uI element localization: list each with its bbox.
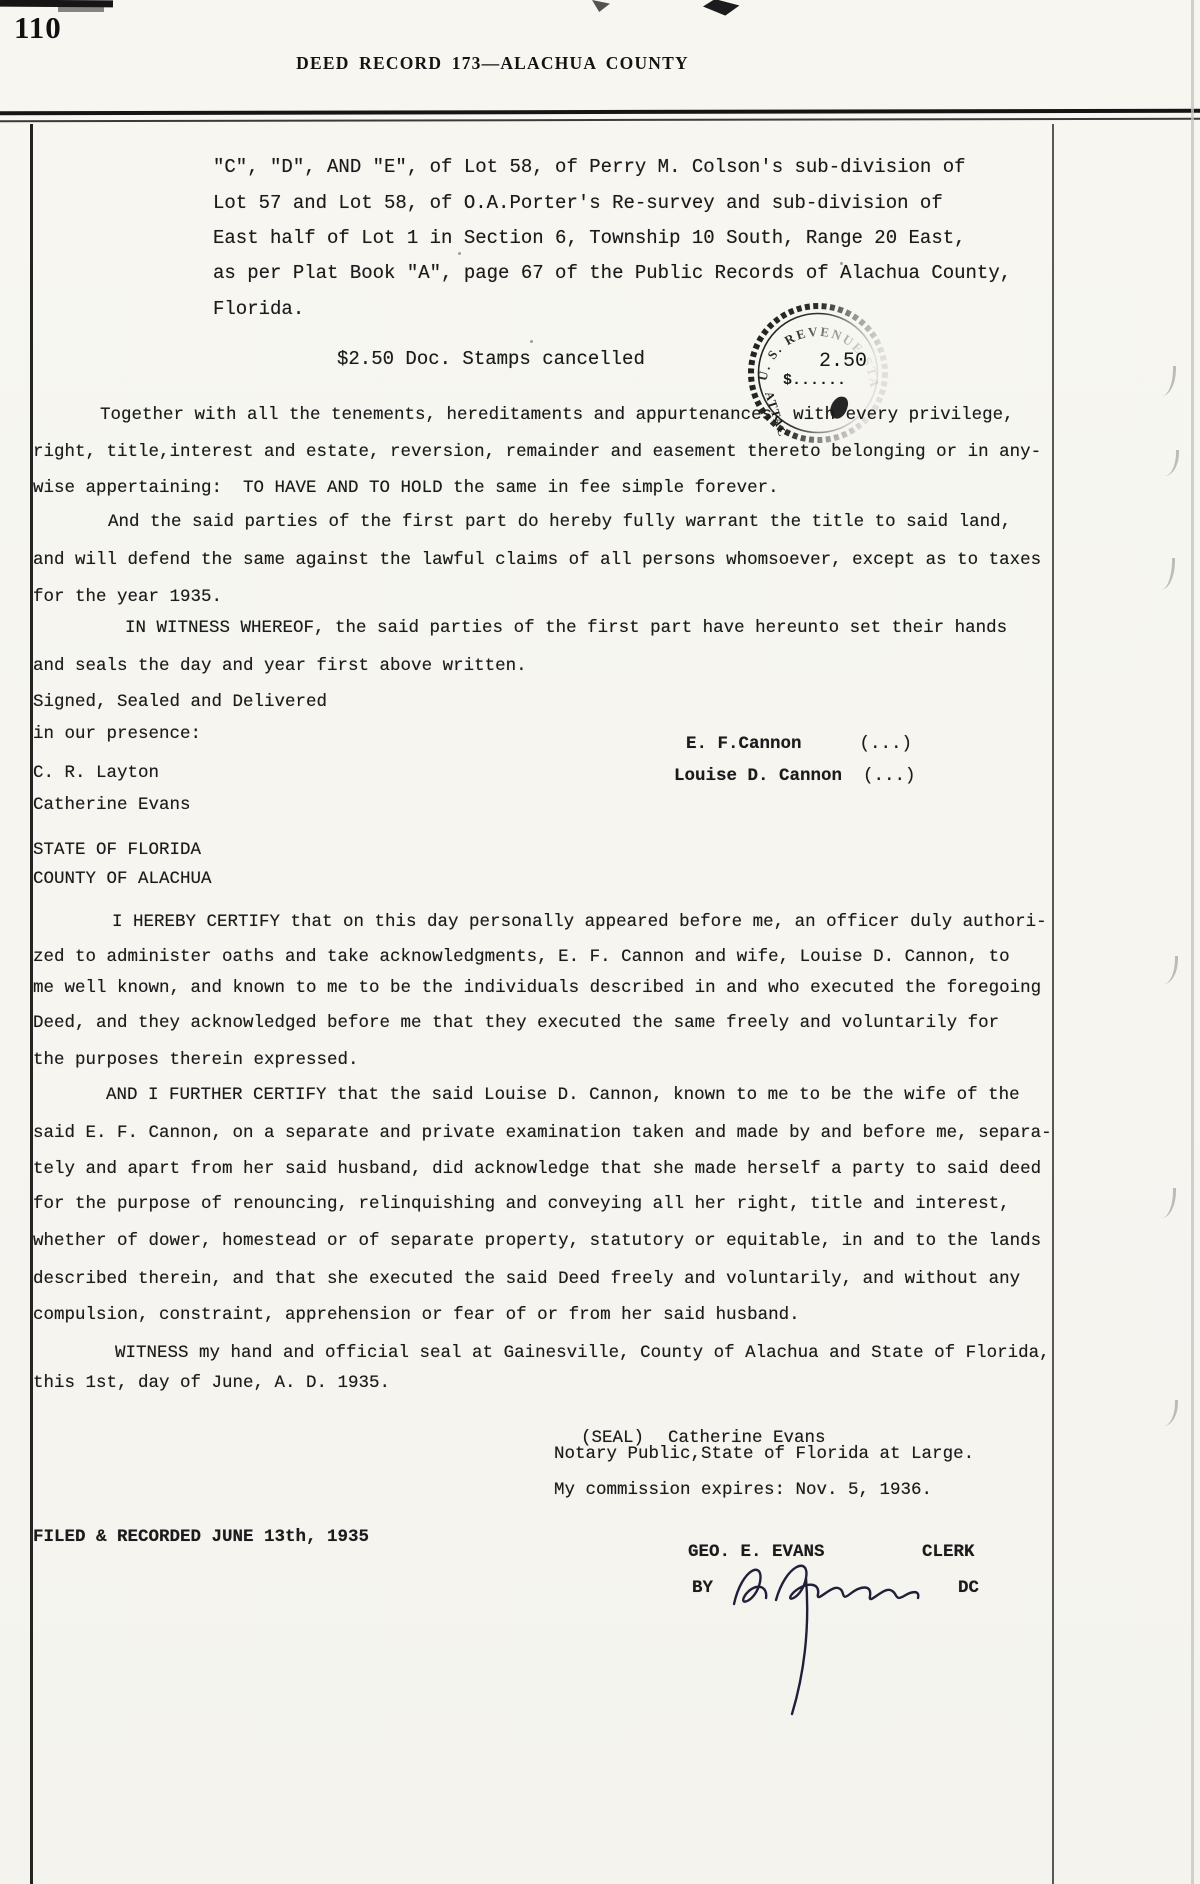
deed-description-line: Florida. [213,298,304,320]
doc-stamps-line: $2.50 Doc. Stamps cancelled [337,348,645,370]
scan-mark [702,0,740,17]
certify-line: zed to administer oaths and take acknowl… [33,946,1010,968]
witness-name: Catherine Evans [33,794,191,816]
witness-name: C. R. Layton [33,762,159,784]
presence-line: in our presence: [33,723,201,745]
by-label: BY [692,1577,713,1599]
page-edge-artifact [1163,450,1179,476]
scan-mark [592,0,610,12]
deed-description-line: East half of Lot 1 in Section 6, Townshi… [213,227,966,249]
further-certify-line: said E. F. Cannon, on a separate and pri… [33,1122,1052,1144]
certify-line: I HEREBY CERTIFY that on this day person… [112,911,1047,933]
further-certify-line: whether of dower, homestead or of separa… [33,1230,1041,1252]
witness-clause-line: IN WITNESS WHEREOF, the said parties of … [125,617,1007,639]
page-edge-artifact [1160,1188,1176,1218]
stamp-amount: 2.50 [819,350,867,373]
signature-stroke [734,1566,918,1714]
header-rule-thin [0,118,1200,123]
notary-title: Notary Public,State of Florida at Large. [554,1443,974,1465]
grantor-name: Louise D. Cannon [674,766,842,786]
warranty-line: And the said parties of the first part d… [108,511,1011,533]
further-certify-line: described therein, and that she executed… [33,1268,1020,1290]
certify-line: me well known, and known to me to be the… [33,977,1041,999]
habendum-line: Together with all the tenements, heredit… [100,404,1014,426]
ink-speck [458,252,461,255]
witness-seal-line: this 1st, day of June, A. D. 1935. [33,1372,390,1394]
page-edge-artifact [1159,558,1175,590]
deed-record-page: 110 DEED RECORD 173—ALACHUA COUNTY "C", … [0,0,1200,1884]
page-edge-artifact [1160,366,1176,396]
corner-smudge [58,7,104,12]
state-caption: STATE OF FLORIDA [33,839,201,861]
deputy-clerk-signature [712,1542,982,1722]
filed-recorded-line: FILED & RECORDED JUNE 13th, 1935 [33,1526,369,1548]
deed-description-line: Lot 57 and Lot 58, of O.A.Porter's Re-su… [213,192,943,214]
further-certify-line: compulsion, constraint, apprehension or … [33,1304,800,1326]
further-certify-line: AND I FURTHER CERTIFY that the said Loui… [106,1084,1020,1106]
certify-line: the purposes therein expressed. [33,1049,359,1071]
grantor-signature: Louise D. Cannon(...) [632,743,916,809]
witness-seal-line: WITNESS my hand and official seal at Gai… [115,1342,1050,1364]
further-certify-line: tely and apart from her said husband, di… [33,1158,1041,1180]
ink-speck [530,340,533,343]
deed-description-line: as per Plat Book "A", page 67 of the Pub… [213,262,1011,284]
habendum-line: wise appertaining: TO HAVE AND TO HOLD t… [33,477,779,499]
page-number: 110 [14,10,62,46]
deed-description-line: "C", "D", AND "E", of Lot 58, of Perry M… [213,156,966,178]
revenue-stamp-seal: U. S. REVENUE STA. ATTAC 2.50 $...... [735,295,905,465]
stamp-dollar-line: $...... [783,372,846,389]
warranty-line: for the year 1935. [33,586,222,608]
notary-commission: My commission expires: Nov. 5, 1936. [554,1479,932,1501]
page-edge-artifact [1162,956,1178,984]
habendum-line: right, title,interest and estate, revers… [33,441,1041,463]
further-certify-line: for the purpose of renouncing, relinquis… [33,1193,1010,1215]
page-edge-line [1191,0,1194,1884]
ledger-left-border [30,124,33,1884]
signature-seal: (...) [863,766,916,786]
page-edge-artifact [1162,1400,1178,1426]
ledger-right-border [1052,124,1054,1884]
county-caption: COUNTY OF ALACHUA [33,868,212,890]
certify-line: Deed, and they acknowledged before me th… [33,1012,999,1034]
witness-clause-line: and seals the day and year first above w… [33,655,527,677]
deed-record-title: DEED RECORD 173—ALACHUA COUNTY [0,53,985,74]
warranty-line: and will defend the same against the law… [33,549,1041,571]
signed-sealed-line: Signed, Sealed and Delivered [33,691,327,713]
header-rule-thick [0,109,1200,116]
